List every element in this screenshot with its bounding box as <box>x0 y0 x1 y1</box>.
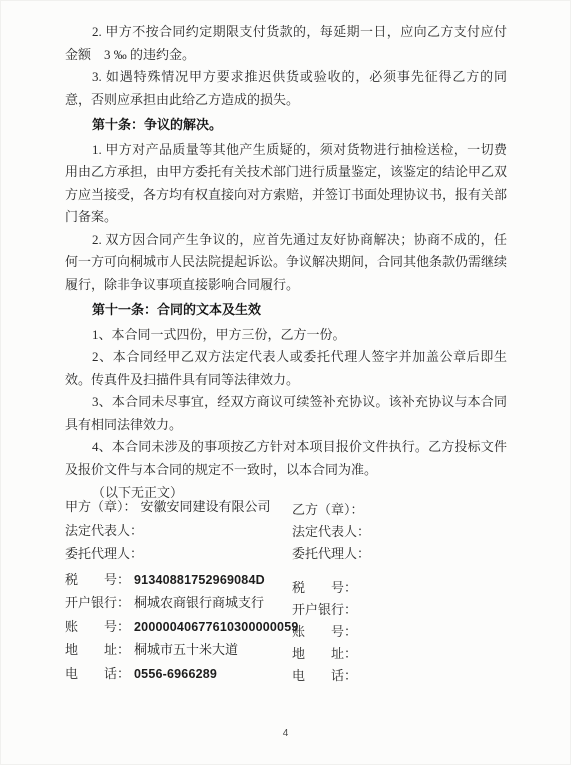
party-b-signature-column: 乙方（章）： 法定代表人： 委托代理人： 税 号： 开户银行： 账 号： <box>292 499 492 687</box>
signature-row-phone: 电 话： <box>292 665 492 687</box>
field-label: 委托代理人： <box>65 543 143 562</box>
party-a-tax-number: 91340881752969084D <box>134 573 265 587</box>
field-label: 开户银行： <box>292 599 357 618</box>
field-label: 税 号： <box>65 569 130 588</box>
field-label: 账 号： <box>65 616 130 635</box>
field-label: 地 址： <box>292 643 357 662</box>
field-label: 法定代表人： <box>65 520 143 539</box>
field-label: 甲方（章）： <box>65 496 137 515</box>
field-label: 乙方（章）： <box>292 499 364 518</box>
signature-row-bank: 开户银行： 桐城农商银行商城支行 <box>65 592 295 616</box>
field-label: 税 号： <box>292 577 357 596</box>
party-a-company-name: 安徽安同建设有限公司 <box>141 496 271 515</box>
signature-row-tax-number: 税 号： 91340881752969084D <box>65 569 295 593</box>
clause-heading-article-10: 第十条：争议的解决。 <box>65 114 507 137</box>
signature-row-address: 地 址： 桐城市五十米大道 <box>65 639 295 663</box>
signature-row-legal-rep: 法定代表人： <box>292 521 492 543</box>
signature-row-party-b-seal: 乙方（章）： <box>292 499 492 521</box>
signature-row-agent: 委托代理人： <box>65 543 295 567</box>
page-number: 4 <box>0 728 571 739</box>
party-a-bank-name: 桐城农商银行商城支行 <box>134 592 264 611</box>
party-a-account-number: 20000040677610300000059 <box>134 620 299 634</box>
field-label: 法定代表人： <box>292 521 370 540</box>
field-label: 电 话： <box>65 663 130 682</box>
contract-paragraph: 2. 甲方不按合同约定期限支付货款的，每延期一日，应向乙方支付应付金额 3 ‰ … <box>65 21 507 66</box>
field-label: 地 址： <box>65 639 130 658</box>
contract-body: 2. 甲方不按合同约定期限支付货款的，每延期一日，应向乙方支付应付金额 3 ‰ … <box>65 21 507 505</box>
contract-paragraph: 3、本合同未尽事宜，经双方商议可续签补充协议。该补充协议与本合同具有相同法律效力… <box>65 391 507 436</box>
signature-row-account-number: 账 号： <box>292 621 492 643</box>
signature-row-tax-number: 税 号： <box>292 577 492 599</box>
signature-row-address: 地 址： <box>292 643 492 665</box>
contract-paragraph: 3. 如遇特殊情况甲方要求推迟供货或验收的，必须事先征得乙方的同意，否则应承担由… <box>65 66 507 111</box>
party-a-address: 桐城市五十米大道 <box>134 639 238 658</box>
contract-document-page: 2. 甲方不按合同约定期限支付货款的，每延期一日，应向乙方支付应付金额 3 ‰ … <box>0 0 571 765</box>
contract-paragraph: 1、本合同一式四份，甲方三份，乙方一份。 <box>65 324 507 347</box>
party-a-signature-column: 甲方（章）： 安徽安同建设有限公司 法定代表人： 委托代理人： 税 号： 913… <box>65 496 295 686</box>
field-label: 账 号： <box>292 621 357 640</box>
field-label: 委托代理人： <box>292 543 370 562</box>
signature-row-account-number: 账 号： 20000040677610300000059 <box>65 616 295 640</box>
clause-heading-article-11: 第十一条：合同的文本及生效 <box>65 299 507 322</box>
signature-row-phone: 电 话： 0556-6966289 <box>65 663 295 687</box>
field-label: 电 话： <box>292 665 357 684</box>
party-a-phone-number: 0556-6966289 <box>134 667 217 681</box>
contract-paragraph: 2、本合同经甲乙双方法定代表人或委托代理人签字并加盖公章后即生效。传真件及扫描件… <box>65 346 507 391</box>
contract-paragraph: 1. 甲方对产品质量等其他产生质疑的，须对货物进行抽检送检，一切费用由乙方承担，… <box>65 139 507 229</box>
signature-row-agent: 委托代理人： <box>292 543 492 565</box>
signature-row-bank: 开户银行： <box>292 599 492 621</box>
contract-paragraph: 4、本合同未涉及的事项按乙方针对本项目报价文件执行。乙方投标文件及报价文件与本合… <box>65 436 507 481</box>
contract-paragraph: 2. 双方因合同产生争议的，应首先通过友好协商解决；协商不成的，任何一方可向桐城… <box>65 229 507 297</box>
signature-row-party-a-seal: 甲方（章）： 安徽安同建设有限公司 <box>65 496 295 520</box>
field-label: 开户银行： <box>65 592 130 611</box>
signature-row-legal-rep: 法定代表人： <box>65 520 295 544</box>
